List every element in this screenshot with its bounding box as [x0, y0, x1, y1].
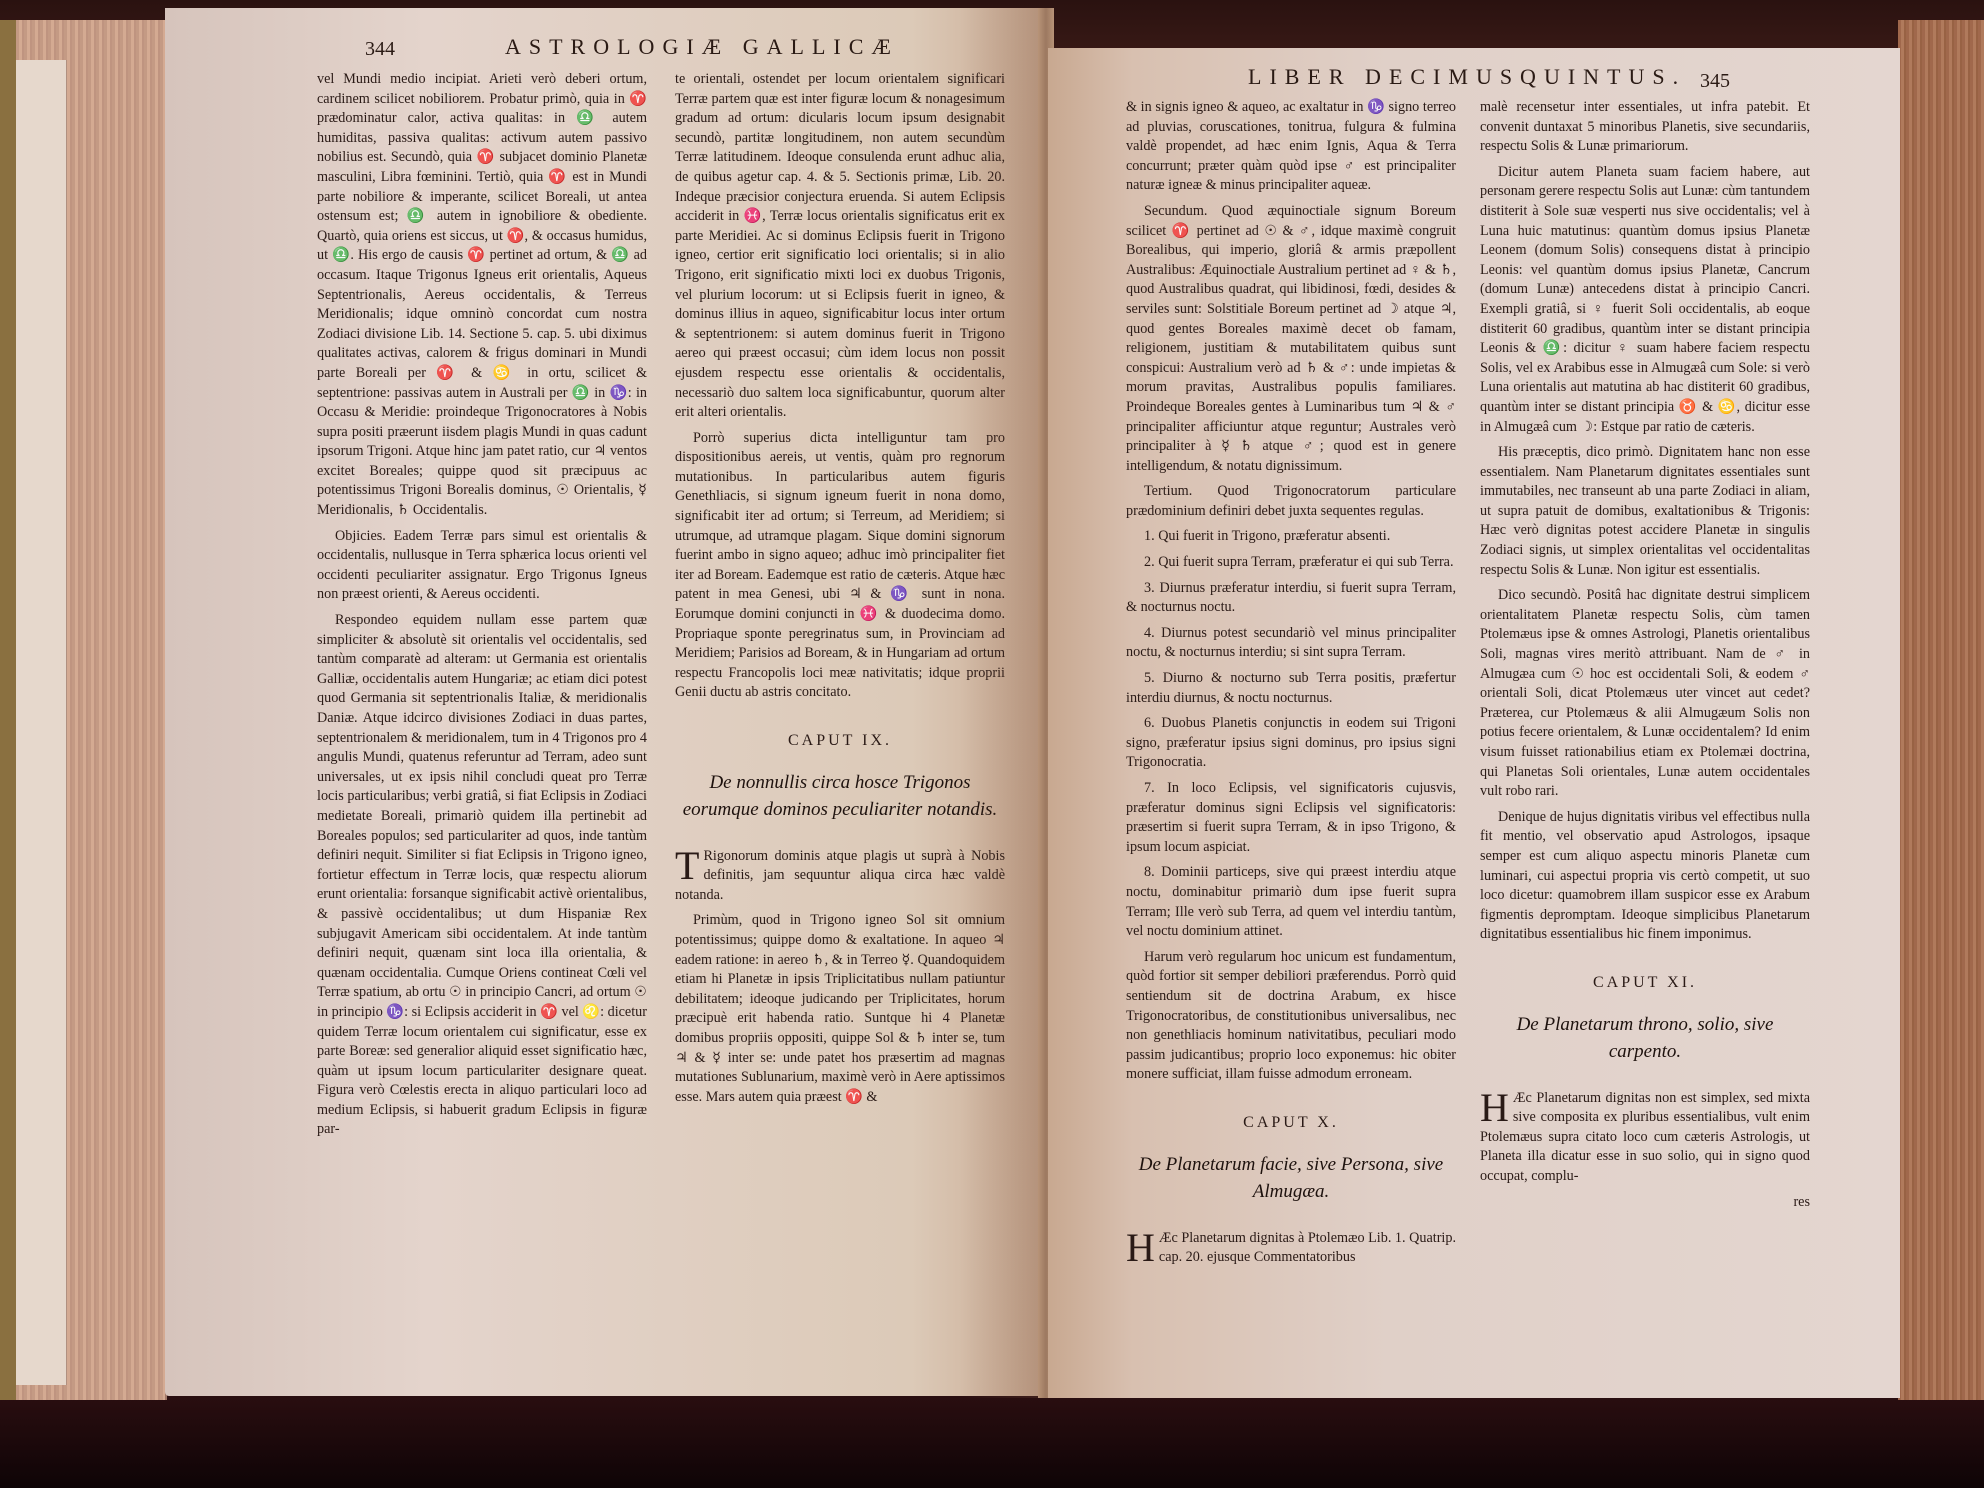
chapter-x-label: CAPUT X.: [1126, 1113, 1456, 1133]
paragraph: & in signis igneo & aqueo, ac exaltatur …: [1126, 98, 1456, 196]
page-number-right: 345: [1700, 70, 1730, 93]
rule-3: 3. Diurnus præferatur interdiu, si fueri…: [1126, 579, 1456, 618]
chapter-ix-title: De nonnullis circa hosce Trigonos eorumq…: [675, 769, 1005, 823]
left-page-column-1: vel Mundi medio incipiat. Arieti verò de…: [317, 70, 647, 1146]
rule-5: 5. Diurno & nocturno sub Terra positis, …: [1126, 669, 1456, 708]
chapter-x-opening: HÆc Planetarum dignitas à Ptolemæo Lib. …: [1126, 1229, 1456, 1268]
left-page: 344 ASTROLOGIÆ GALLICÆ vel Mundi medio i…: [165, 8, 1043, 1396]
paragraph: His præceptis, dico primò. Dignitatem ha…: [1480, 443, 1810, 580]
rule-2: 2. Qui fuerit supra Terram, præferatur e…: [1126, 553, 1456, 573]
paragraph: Tertium. Quod Trigonocratorum particular…: [1126, 482, 1456, 521]
flyleaf: [16, 60, 67, 1385]
right-page-column-1: & in signis igneo & aqueo, ac exaltatur …: [1126, 98, 1456, 1274]
chapter-xi-label: CAPUT XI.: [1480, 973, 1810, 993]
paragraph: Objicies. Eadem Terræ pars simul est ori…: [317, 527, 647, 605]
chapter-ix-label: CAPUT IX.: [675, 731, 1005, 751]
catchword: res: [1480, 1193, 1810, 1213]
chapter-ix-opening: TRigonorum dominis atque plagis ut suprà…: [675, 847, 1005, 906]
page-number-left: 344: [365, 38, 395, 61]
left-page-edges: [0, 20, 167, 1400]
book-cover-edge: [0, 20, 16, 1400]
chapter-xi-opening: HÆc Planetarum dignitas non est simplex,…: [1480, 1089, 1810, 1187]
paragraph: Dico secundò. Positâ hac dignitate destr…: [1480, 586, 1810, 802]
right-page-column-2: malè recensetur inter essentiales, ut in…: [1480, 98, 1810, 1212]
rule-7: 7. In loco Eclipsis, vel significatoris …: [1126, 779, 1456, 857]
paragraph: Harum verò regularum hoc unicum est fund…: [1126, 948, 1456, 1085]
right-page: LIBER DECIMUSQUINTUS. 345 & in signis ig…: [1048, 48, 1900, 1398]
paragraph: vel Mundi medio incipiat. Arieti verò de…: [317, 70, 647, 521]
drop-cap: T: [675, 849, 699, 883]
table-surface: [0, 1395, 1984, 1488]
chapter-x-title: De Planetarum facie, sive Persona, sive …: [1126, 1151, 1456, 1205]
running-head-right: LIBER DECIMUSQUINTUS.: [1248, 64, 1686, 90]
chapter-xi-title: De Planetarum throno, solio, sive carpen…: [1480, 1011, 1810, 1065]
running-head-left: ASTROLOGIÆ GALLICÆ: [505, 34, 899, 60]
paragraph: Denique de hujus dignitatis viribus vel …: [1480, 808, 1810, 945]
paragraph: Primùm, quod in Trigono igneo Sol sit om…: [675, 911, 1005, 1107]
rule-1: 1. Qui fuerit in Trigono, præferatur abs…: [1126, 527, 1456, 547]
paragraph: te orientali, ostendet per locum orienta…: [675, 70, 1005, 423]
drop-cap: H: [1126, 1231, 1155, 1265]
paragraph: Respondeo equidem nullam esse partem quæ…: [317, 611, 647, 1140]
paragraph: Dicitur autem Planeta suam faciem habere…: [1480, 163, 1810, 437]
right-page-edges: [1898, 20, 1984, 1400]
paragraph: Secundum. Quod æquinoctiale signum Boreu…: [1126, 202, 1456, 476]
paragraph: malè recensetur inter essentiales, ut in…: [1480, 98, 1810, 157]
drop-cap: H: [1480, 1091, 1509, 1125]
gutter-shadow: [960, 8, 1040, 1398]
rule-4: 4. Diurnus potest secundariò vel minus p…: [1126, 624, 1456, 663]
paragraph: Porrò superius dicta intelliguntur tam p…: [675, 429, 1005, 703]
left-page-column-2: te orientali, ostendet per locum orienta…: [675, 70, 1005, 1113]
rule-8: 8. Dominii particeps, sive qui præest in…: [1126, 863, 1456, 941]
rule-6: 6. Duobus Planetis conjunctis in eodem s…: [1126, 714, 1456, 773]
